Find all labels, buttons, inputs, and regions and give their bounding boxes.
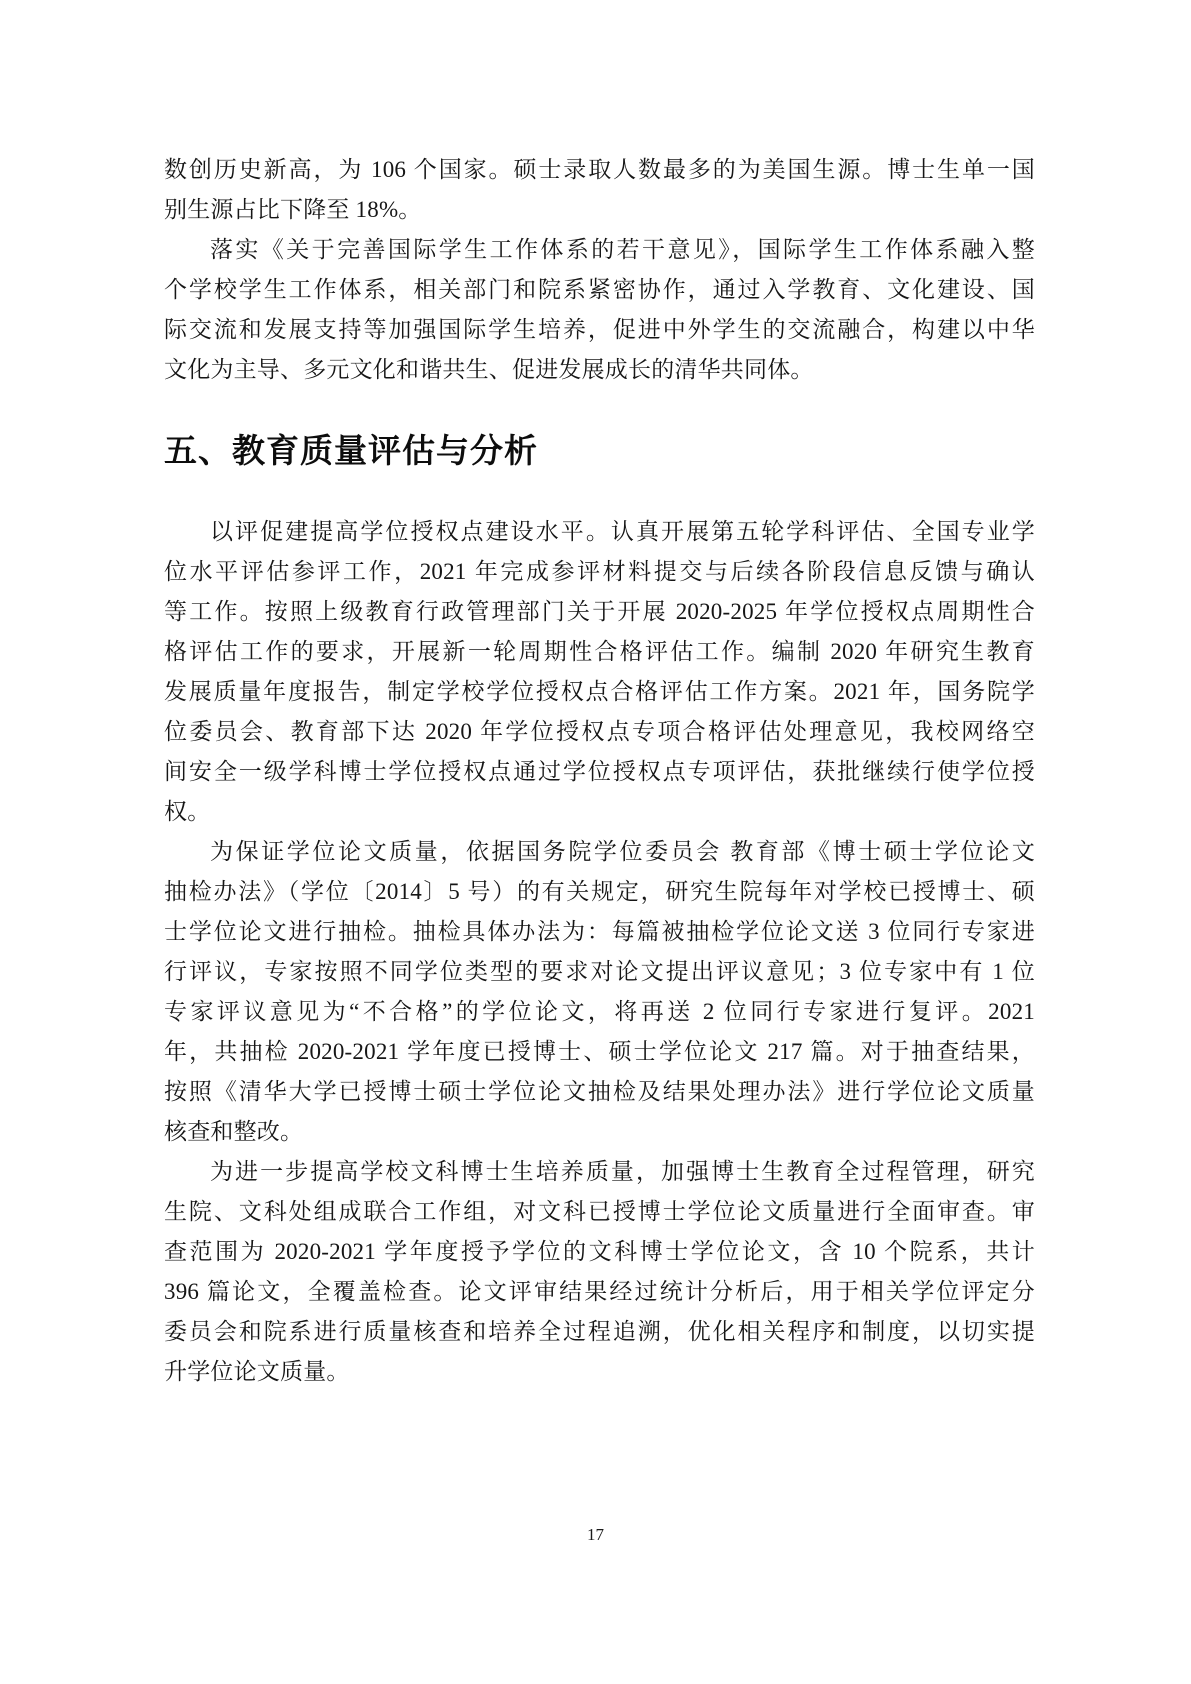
text-line: 位水平评估参评工作，2021 年完成参评材料提交与后续各阶段信息反馈与确认 bbox=[164, 552, 1035, 592]
text-line: 士学位论文进行抽检。抽检具体办法为：每篇被抽检学位论文送 3 位同行专家进 bbox=[164, 912, 1035, 952]
text-line: 个学校学生工作体系，相关部门和院系紧密协作，通过入学教育、文化建设、国 bbox=[164, 270, 1035, 310]
paragraph: 落实《关于完善国际学生工作体系的若干意见》，国际学生工作体系融入整个学校学生工作… bbox=[164, 230, 1035, 390]
text-line: 核查和整改。 bbox=[164, 1112, 1035, 1152]
text-line: 位委员会、教育部下达 2020 年学位授权点专项合格评估处理意见，我校网络空 bbox=[164, 712, 1035, 752]
text-line: 数创历史新高，为 106 个国家。硕士录取人数最多的为美国生源。博士生单一国 bbox=[164, 150, 1035, 190]
paragraph: 为保证学位论文质量，依据国务院学位委员会 教育部《博士硕士学位论文抽检办法》（学… bbox=[164, 832, 1035, 1152]
text-line: 为进一步提高学校文科博士生培养质量，加强博士生教育全过程管理，研究 bbox=[164, 1152, 1035, 1192]
text-line: 发展质量年度报告，制定学校学位授权点合格评估工作方案。2021 年，国务院学 bbox=[164, 672, 1035, 712]
paragraph: 以评促建提高学位授权点建设水平。认真开展第五轮学科评估、全国专业学位水平评估参评… bbox=[164, 512, 1035, 832]
text-line: 格评估工作的要求，开展新一轮周期性合格评估工作。编制 2020 年研究生教育 bbox=[164, 632, 1035, 672]
text-line: 行评议，专家按照不同学位类型的要求对论文提出评议意见；3 位专家中有 1 位 bbox=[164, 952, 1035, 992]
text-line: 际交流和发展支持等加强国际学生培养，促进中外学生的交流融合，构建以中华 bbox=[164, 310, 1035, 350]
report-page: 数创历史新高，为 106 个国家。硕士录取人数最多的为美国生源。博士生单一国别生… bbox=[0, 0, 1191, 1684]
text-line: 间安全一级学科博士学位授权点通过学位授权点专项评估，获批继续行使学位授 bbox=[164, 752, 1035, 792]
page-footer: 17 bbox=[0, 1524, 1191, 1546]
text-line: 年，共抽检 2020-2021 学年度已授博士、硕士学位论文 217 篇。对于抽… bbox=[164, 1032, 1035, 1072]
text-line: 查范围为 2020-2021 学年度授予学位的文科博士学位论文，含 10 个院系… bbox=[164, 1232, 1035, 1272]
paragraph: 数创历史新高，为 106 个国家。硕士录取人数最多的为美国生源。博士生单一国别生… bbox=[164, 150, 1035, 230]
paragraph: 为进一步提高学校文科博士生培养质量，加强博士生教育全过程管理，研究生院、文科处组… bbox=[164, 1152, 1035, 1392]
page-content: 数创历史新高，为 106 个国家。硕士录取人数最多的为美国生源。博士生单一国别生… bbox=[164, 150, 1035, 1392]
top-paragraphs: 数创历史新高，为 106 个国家。硕士录取人数最多的为美国生源。博士生单一国别生… bbox=[164, 150, 1035, 390]
text-line: 抽检办法》（学位〔2014〕5 号）的有关规定，研究生院每年对学校已授博士、硕 bbox=[164, 872, 1035, 912]
text-line: 落实《关于完善国际学生工作体系的若干意见》，国际学生工作体系融入整 bbox=[164, 230, 1035, 270]
text-line: 按照《清华大学已授博士硕士学位论文抽检及结果处理办法》进行学位论文质量 bbox=[164, 1072, 1035, 1112]
page-number: 17 bbox=[587, 1525, 604, 1544]
text-line: 委员会和院系进行质量核查和培养全过程追溯，优化相关程序和制度，以切实提 bbox=[164, 1312, 1035, 1352]
text-line: 别生源占比下降至 18%。 bbox=[164, 190, 1035, 230]
text-line: 396 篇论文，全覆盖检查。论文评审结果经过统计分析后，用于相关学位评定分 bbox=[164, 1272, 1035, 1312]
section-paragraphs: 以评促建提高学位授权点建设水平。认真开展第五轮学科评估、全国专业学位水平评估参评… bbox=[164, 512, 1035, 1392]
text-line: 权。 bbox=[164, 792, 1035, 832]
text-line: 文化为主导、多元文化和谐共生、促进发展成长的清华共同体。 bbox=[164, 350, 1035, 390]
text-line: 等工作。按照上级教育行政管理部门关于开展 2020-2025 年学位授权点周期性… bbox=[164, 592, 1035, 632]
text-line: 升学位论文质量。 bbox=[164, 1352, 1035, 1392]
text-line: 以评促建提高学位授权点建设水平。认真开展第五轮学科评估、全国专业学 bbox=[164, 512, 1035, 552]
text-line: 生院、文科处组成联合工作组，对文科已授博士学位论文质量进行全面审查。审 bbox=[164, 1192, 1035, 1232]
section-heading: 五、教育质量评估与分析 bbox=[164, 426, 1035, 476]
text-line: 为保证学位论文质量，依据国务院学位委员会 教育部《博士硕士学位论文 bbox=[164, 832, 1035, 872]
text-line: 专家评议意见为“不合格”的学位论文，将再送 2 位同行专家进行复评。2021 bbox=[164, 992, 1035, 1032]
